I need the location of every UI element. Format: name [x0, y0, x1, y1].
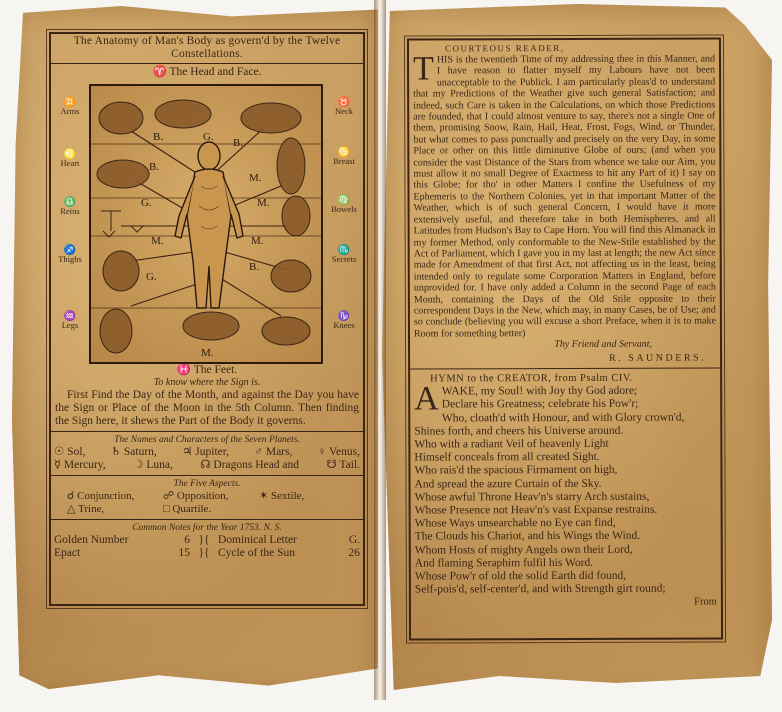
howto-body: First Find the Day of the Month, and aga…: [51, 389, 363, 431]
sol-item: ☉ Sol,: [54, 446, 85, 459]
svg-text:M.: M.: [251, 235, 264, 247]
cycle-of-sun-value: 26: [338, 547, 360, 560]
golden-number-value: 6: [172, 534, 190, 547]
hymn-body: A WAKE, my Soul! with Joy thy God adore;…: [410, 385, 721, 597]
opposition-item: ☍ Opposition,: [163, 490, 259, 503]
epact-label: Epact: [54, 547, 172, 560]
hymn-title: HYMN to the CREATOR, from Psalm CIV.: [410, 369, 720, 386]
zodiac-man-section: ♊Arms ♌Heart ♎Reins ♐Thighs ♒Legs: [51, 80, 363, 362]
luna-item: ☽ Luna,: [133, 459, 173, 472]
hymn-line: Self-pois'd, self-center'd, and with Str…: [415, 583, 717, 597]
hymn-line: Who rais'd the spacious Firmament on hig…: [414, 464, 716, 478]
svg-text:M.: M.: [201, 347, 214, 359]
aspects-title: The Five Aspects.: [51, 476, 363, 490]
dragons-head-item: ☊ Dragons Head and: [200, 459, 299, 472]
svg-text:M.: M.: [249, 172, 262, 184]
hymn-line: Who with a radiant Veil of heavenly Ligh…: [414, 437, 716, 451]
head-face-label: The Head and Face.: [170, 66, 262, 78]
hymn-line: Whose Presence not Heav'n's vast Expanse…: [415, 503, 717, 517]
sign-label-neck: ♉Neck: [325, 98, 363, 116]
svg-text:B.: B.: [249, 261, 259, 273]
conjunction-item: ☌ Conjunction,: [67, 490, 163, 503]
letter-body: T HIS is the twentieth Time of my addres…: [409, 53, 720, 339]
epact-value: 15: [172, 547, 190, 560]
aries-icon: ♈: [153, 66, 167, 78]
svg-text:G.: G.: [141, 197, 152, 209]
sextile-item: ✶ Sextile,: [259, 490, 355, 503]
left-page-frame: The Anatomy of Man's Body as govern'd by…: [49, 32, 365, 606]
hymn-line: Whose Pow'r of old the solid Earth did f…: [415, 569, 717, 583]
planets-line-2: ☿ Mercury, ☽ Luna, ☊ Dragons Head and ☋ …: [51, 459, 363, 475]
letter-dropcap: T: [413, 54, 437, 83]
svg-text:G.: G.: [203, 131, 214, 143]
svg-text:B.: B.: [233, 137, 243, 149]
woodcut-letter: B.: [153, 131, 163, 143]
anatomy-title: The Anatomy of Man's Body as govern'd by…: [51, 34, 363, 63]
head-face-caption: ♈ The Head and Face.: [51, 64, 363, 80]
svg-text:B.: B.: [149, 161, 159, 173]
sign-label-thighs: ♐Thighs: [51, 246, 89, 264]
hymn-line: The Clouds his Chariot, and his Wings th…: [415, 530, 717, 544]
empty-cell: [259, 503, 355, 516]
sign-label-arms: ♊Arms: [51, 98, 89, 116]
letter-greeting: COURTEOUS READER,: [409, 39, 719, 54]
hymn-line: Who, cloath'd with Honour, and with Glor…: [414, 411, 716, 425]
brace-icon: }{: [190, 547, 218, 560]
common-notes-title: Common Notes for the Year 1753. N. S.: [51, 520, 363, 534]
hymn-line: Whose awful Throne Heav'n's starry Arch …: [415, 490, 717, 504]
jupiter-item: ♃ Jupiter,: [182, 446, 229, 459]
sign-label-legs: ♒Legs: [51, 312, 89, 330]
svg-text:M.: M.: [257, 197, 270, 209]
sign-label-bowels: ♍Bowels: [325, 196, 363, 214]
hymn-line: WAKE, my Soul! with Joy thy God adore;: [414, 385, 716, 399]
brace-icon: }{: [190, 534, 218, 547]
hymn-line: And spread the azure Curtain of the Sky.: [414, 477, 716, 491]
letter-signature: R. SAUNDERS.: [410, 351, 720, 369]
trine-item: △ Trine,: [67, 503, 163, 516]
sign-label-breast: ♋Breast: [325, 148, 363, 166]
book-gutter: [374, 0, 386, 700]
aspects-grid: ☌ Conjunction, ☍ Opposition, ✶ Sextile, …: [51, 490, 363, 519]
hymn-line: Himself conceals from all created Sight.: [414, 451, 716, 465]
hymn-line: Declare his Greatness; celebrate his Pow…: [414, 398, 716, 412]
dominical-letter-value: G.: [338, 534, 360, 547]
letter-closing: Thy Friend and Servant,: [410, 339, 720, 352]
hymn-line: And flaming Seraphim fulfil his Word.: [415, 556, 717, 570]
right-sign-column: ♉Neck ♋Breast ♍Bowels ♏Secrets ♑Knees: [325, 80, 363, 362]
notes-row: Golden Number 6 }{ Dominical Letter G.: [51, 534, 363, 547]
svg-text:M.: M.: [151, 235, 164, 247]
mercury-item: ☿ Mercury,: [54, 459, 106, 472]
sign-label-knees: ♑Knees: [325, 312, 363, 330]
planets-title: The Names and Characters of the Seven Pl…: [51, 432, 363, 446]
dominical-letter-label: Dominical Letter: [218, 534, 338, 547]
feet-label: The Feet.: [194, 364, 237, 376]
golden-number-label: Golden Number: [54, 534, 172, 547]
right-page-frame: COURTEOUS READER, T HIS is the twentieth…: [407, 37, 723, 640]
howto-title: To know where the Sign is.: [51, 377, 363, 389]
sign-label-reins: ♎Reins: [51, 198, 89, 216]
notes-row: Epact 15 }{ Cycle of the Sun 26: [51, 547, 363, 560]
hymn-line: Whom Hosts of mighty Angels own their Lo…: [415, 543, 717, 557]
mars-item: ♂ Mars,: [254, 446, 292, 459]
sign-label-heart: ♌Heart: [51, 150, 89, 168]
venus-item: ♀ Venus,: [318, 446, 360, 459]
zodiac-man-illustration: B. G. B. B. M. G. M. M. M. G. B. M.: [91, 86, 321, 362]
saturn-item: ♄ Saturn,: [111, 446, 157, 459]
sign-label-secrets: ♏Secrets: [325, 246, 363, 264]
left-sign-column: ♊Arms ♌Heart ♎Reins ♐Thighs ♒Legs: [51, 80, 89, 362]
svg-text:G.: G.: [146, 271, 157, 283]
cycle-of-sun-label: Cycle of the Sun: [218, 547, 338, 560]
pisces-icon: ♓: [177, 364, 191, 376]
hymn-line: Shines forth, and cheers his Universe ar…: [414, 424, 716, 438]
letter-text: HIS is the twentieth Time of my addressi…: [413, 53, 716, 339]
hymn-line: Whose Ways unsearchable no Eye can find,: [415, 517, 717, 531]
catchword: From: [411, 596, 721, 609]
zodiac-man-woodcut: B. G. B. B. M. G. M. M. M. G. B. M.: [89, 84, 323, 364]
planets-line-1: ☉ Sol, ♄ Saturn, ♃ Jupiter, ♂ Mars, ♀ Ve…: [51, 446, 363, 459]
tail-item: ☋ Tail.: [326, 459, 359, 472]
hymn-dropcap: A: [414, 386, 442, 413]
feet-caption: ♓ The Feet.: [51, 362, 363, 377]
quartile-item: □ Quartile.: [163, 503, 259, 516]
